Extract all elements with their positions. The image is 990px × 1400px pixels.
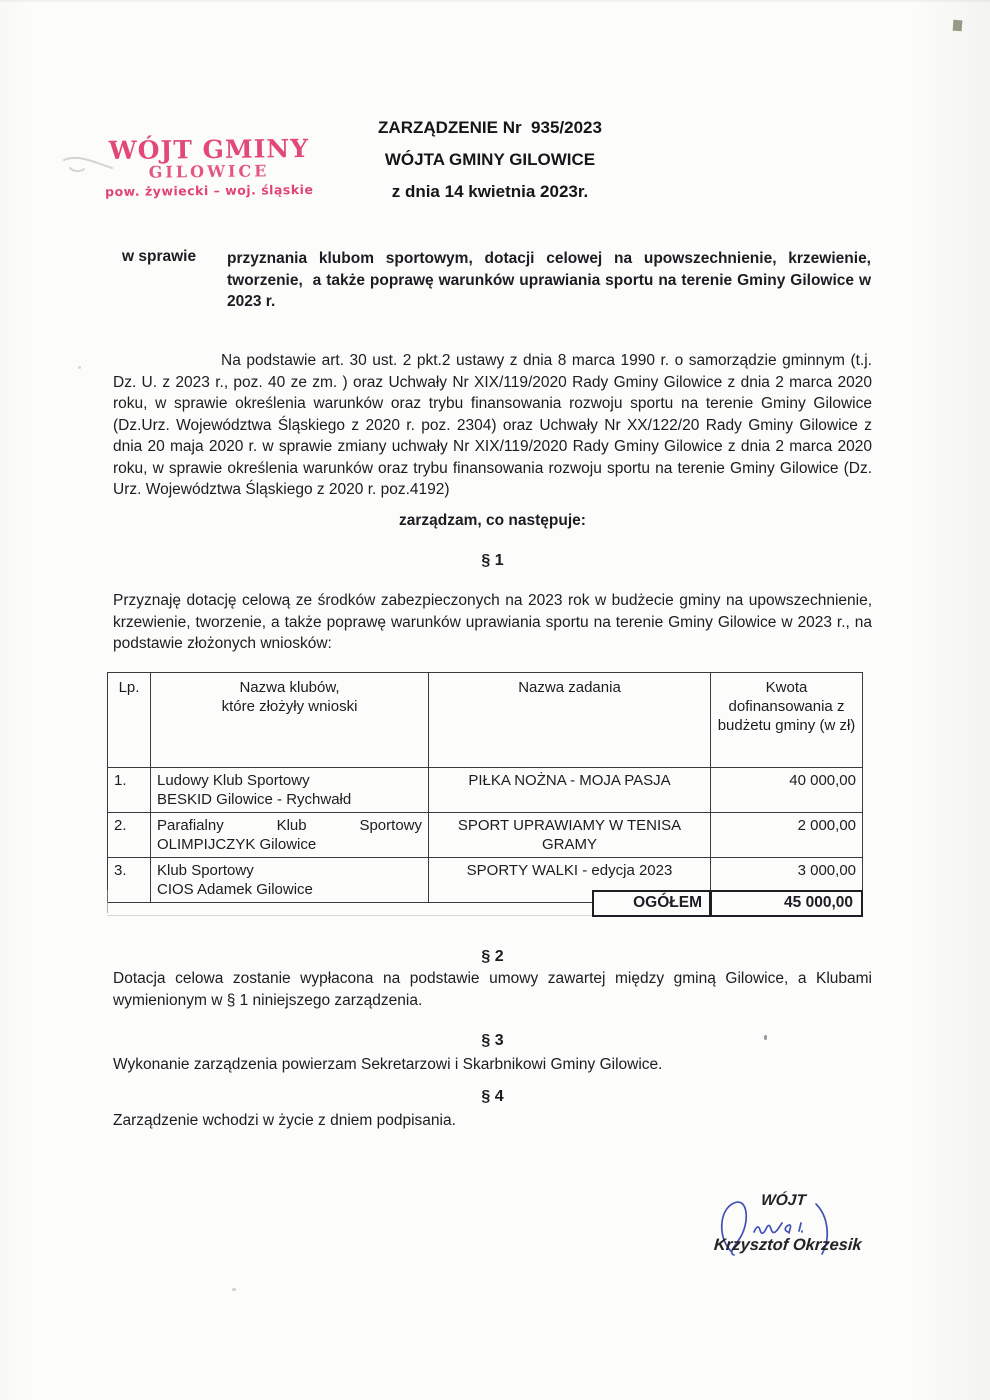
row1-amount: 40 000,00 xyxy=(711,768,863,813)
section-2-text: Dotacja celowa zostanie wypłacona na pod… xyxy=(113,968,872,1011)
subject-label: w sprawie xyxy=(122,248,196,266)
scan-dot-artifact xyxy=(764,1035,767,1040)
header-lp: Lp. xyxy=(108,673,151,768)
scanned-ordinance-page: WÓJT GMINY GILOWICE pow. żywiecki – woj.… xyxy=(0,0,990,1400)
signer-name: Krzysztof Okrzesik xyxy=(713,1236,862,1255)
document-title-block: ZARZĄDZENIE Nr 935/2023 WÓJTA GMINY GILO… xyxy=(300,112,680,208)
table-faint-bottom-line xyxy=(107,915,593,916)
header-club-line1: Nazwa klubów, xyxy=(157,678,422,697)
row3-lp: 3. xyxy=(108,858,151,903)
stamp-office-name: WÓJT GMINY xyxy=(104,135,314,164)
row2-club-line1: Parafialny Klub Sportowy xyxy=(157,816,422,835)
grants-table: Lp. Nazwa klubów, które złożyły wnioski … xyxy=(107,672,862,903)
row3-club-line1: Klub Sportowy xyxy=(157,861,422,880)
table-header-row: Lp. Nazwa klubów, które złożyły wnioski … xyxy=(108,673,863,768)
table-row: 1. Ludowy Klub Sportowy BESKID Gilowice … xyxy=(108,768,863,813)
section-3-text: Wykonanie zarządzenia powierzam Sekretar… xyxy=(113,1054,872,1076)
scan-speck-artifact xyxy=(953,20,963,32)
scan-smear-artifact xyxy=(60,146,130,186)
section-3-symbol: § 3 xyxy=(113,1032,872,1050)
ordinance-number: ZARZĄDZENIE Nr 935/2023 xyxy=(300,112,680,144)
grants-table-grid: Lp. Nazwa klubów, które złożyły wnioski … xyxy=(107,672,863,903)
table-border-remnant xyxy=(107,890,108,913)
header-amount: Kwota dofinansowania z budżetu gminy (w … xyxy=(711,673,863,768)
header-club: Nazwa klubów, które złożyły wnioski xyxy=(151,673,429,768)
row3-club: Klub Sportowy CIOS Adamek Gilowice xyxy=(151,858,429,903)
row2-club: Parafialny Klub Sportowy OLIMPIJCZYK Gil… xyxy=(151,813,429,858)
stamp-municipality: GILOWICE xyxy=(104,162,314,182)
ordinance-date: z dnia 14 kwietnia 2023r. xyxy=(300,176,680,208)
legal-basis-paragraph: Na podstawie art. 30 ust. 2 pkt.2 ustawy… xyxy=(113,350,872,501)
row1-lp: 1. xyxy=(108,768,151,813)
ordain-line: zarządzam, co następuje: xyxy=(113,512,872,530)
section-4-symbol: § 4 xyxy=(113,1088,872,1106)
total-amount-cell: 45 000,00 xyxy=(710,890,863,917)
section-1-text: Przyznaję dotację celową ze środków zabe… xyxy=(113,590,872,655)
header-task: Nazwa zadania xyxy=(429,673,711,768)
official-stamp: WÓJT GMINY GILOWICE pow. żywiecki – woj.… xyxy=(104,135,315,200)
row1-club: Ludowy Klub Sportowy BESKID Gilowice - R… xyxy=(151,768,429,813)
total-label-cell: OGÓŁEM xyxy=(592,890,711,917)
scan-dot-artifact xyxy=(78,366,81,369)
row1-club-line2: BESKID Gilowice - Rychwałd xyxy=(157,790,422,809)
row2-lp: 2. xyxy=(108,813,151,858)
section-4-text: Zarządzenie wchodzi w życie z dniem podp… xyxy=(113,1110,872,1132)
row1-task: PIŁKA NOŻNA - MOJA PASJA xyxy=(429,768,711,813)
table-row: 2. Parafialny Klub Sportowy OLIMPIJCZYK … xyxy=(108,813,863,858)
row2-amount: 2 000,00 xyxy=(711,813,863,858)
row2-club-line2: OLIMPIJCZYK Gilowice xyxy=(157,835,422,854)
section-2-symbol: § 2 xyxy=(113,948,872,966)
section-1-symbol: § 1 xyxy=(113,552,872,570)
row3-club-line2: CIOS Adamek Gilowice xyxy=(157,880,422,899)
row2-task: SPORT UPRAWIAMY W TENISA GRAMY xyxy=(429,813,711,858)
stamp-region: pow. żywiecki – woj. śląskie xyxy=(104,182,314,200)
header-club-line2: które złożyły wnioski xyxy=(157,697,422,716)
issuing-authority: WÓJTA GMINY GILOWICE xyxy=(300,144,680,176)
subject-text: przyznania klubom sportowym, dotacji cel… xyxy=(227,248,871,313)
scan-dot-artifact xyxy=(232,1288,236,1291)
row1-club-line1: Ludowy Klub Sportowy xyxy=(157,771,422,790)
